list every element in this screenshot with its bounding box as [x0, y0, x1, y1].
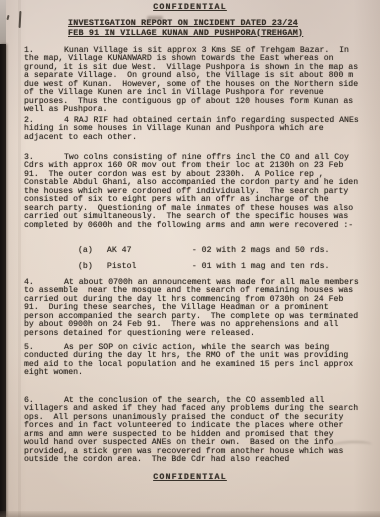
left-edge-binding-strip — [0, 44, 6, 517]
paragraph-1: 1. Kunan Village is sit approx 3 Kms SE … — [24, 47, 360, 115]
list-label: (b) — [78, 262, 102, 271]
paragraph-text: Kunan Village is sit approx 3 Kms SE of … — [24, 46, 363, 114]
paragraph-text: At about 0700h an announcement was made … — [24, 278, 364, 338]
bottom-edge-shadow — [0, 511, 380, 517]
report-title-line-2: FEB 91 IN VILLAGE KUNAN AND PUSHPORA(TRE… — [68, 29, 303, 39]
paragraph-text: As per SOP on civic action, while the se… — [24, 343, 358, 377]
pen-dot-mark — [6, 15, 9, 20]
paragraph-number: 6. — [24, 397, 34, 405]
recovery-row-b: (b) Pistol - 01 with 1 mag and ten rds. — [78, 262, 329, 271]
list-label: (a) — [78, 246, 102, 255]
paragraph-4: 4. At about 0700h an announcement was ma… — [24, 279, 360, 338]
weapon-detail: - 01 with 1 mag and ten rds. — [192, 262, 330, 271]
paragraph-6: 6. At the conclusion of the search, the … — [24, 397, 360, 465]
recovery-list: (a) AK 47 - 02 with 2 mags and 50 rds. (… — [78, 246, 329, 278]
paragraph-2: 2. 4 RAJ RIF had obtained certain info r… — [24, 117, 360, 142]
paragraph-text: Two colns consisting of nine offrs incl … — [24, 153, 363, 230]
paragraph-number: 2. — [24, 117, 34, 125]
paragraph-number: 5. — [24, 344, 34, 352]
paragraph-text: At the conclusion of the search, the CO … — [24, 396, 363, 464]
paragraph-number: 4. — [24, 279, 34, 287]
weapon-name: AK 47 — [107, 246, 187, 255]
paragraph-text: 4 RAJ RIF had obtained certain info rega… — [24, 116, 364, 142]
paragraph-number: 3. — [24, 154, 34, 162]
report-title: INVESTIGATION REPORT ON INCIDENT DATED 2… — [68, 19, 303, 38]
paper-crease-line — [18, 0, 21, 517]
classification-banner-top: CONFIDENTIAL — [0, 2, 380, 12]
pen-tick-mark — [19, 11, 22, 28]
weapon-detail: - 02 with 2 mags and 50 rds. — [192, 246, 330, 255]
paragraph-number: 1. — [24, 47, 34, 55]
paragraph-5: 5. As per SOP on civic action, while the… — [24, 344, 360, 378]
recovery-row-a: (a) AK 47 - 02 with 2 mags and 50 rds. — [78, 246, 329, 255]
paragraph-3: 3. Two colns consisting of nine offrs in… — [24, 154, 360, 230]
classification-banner-bottom: CONFIDENTIAL — [0, 472, 380, 482]
weapon-name: Pistol — [107, 262, 187, 271]
scanned-document-page: CONFIDENTIAL INVESTIGATION REPORT ON INC… — [0, 0, 380, 517]
